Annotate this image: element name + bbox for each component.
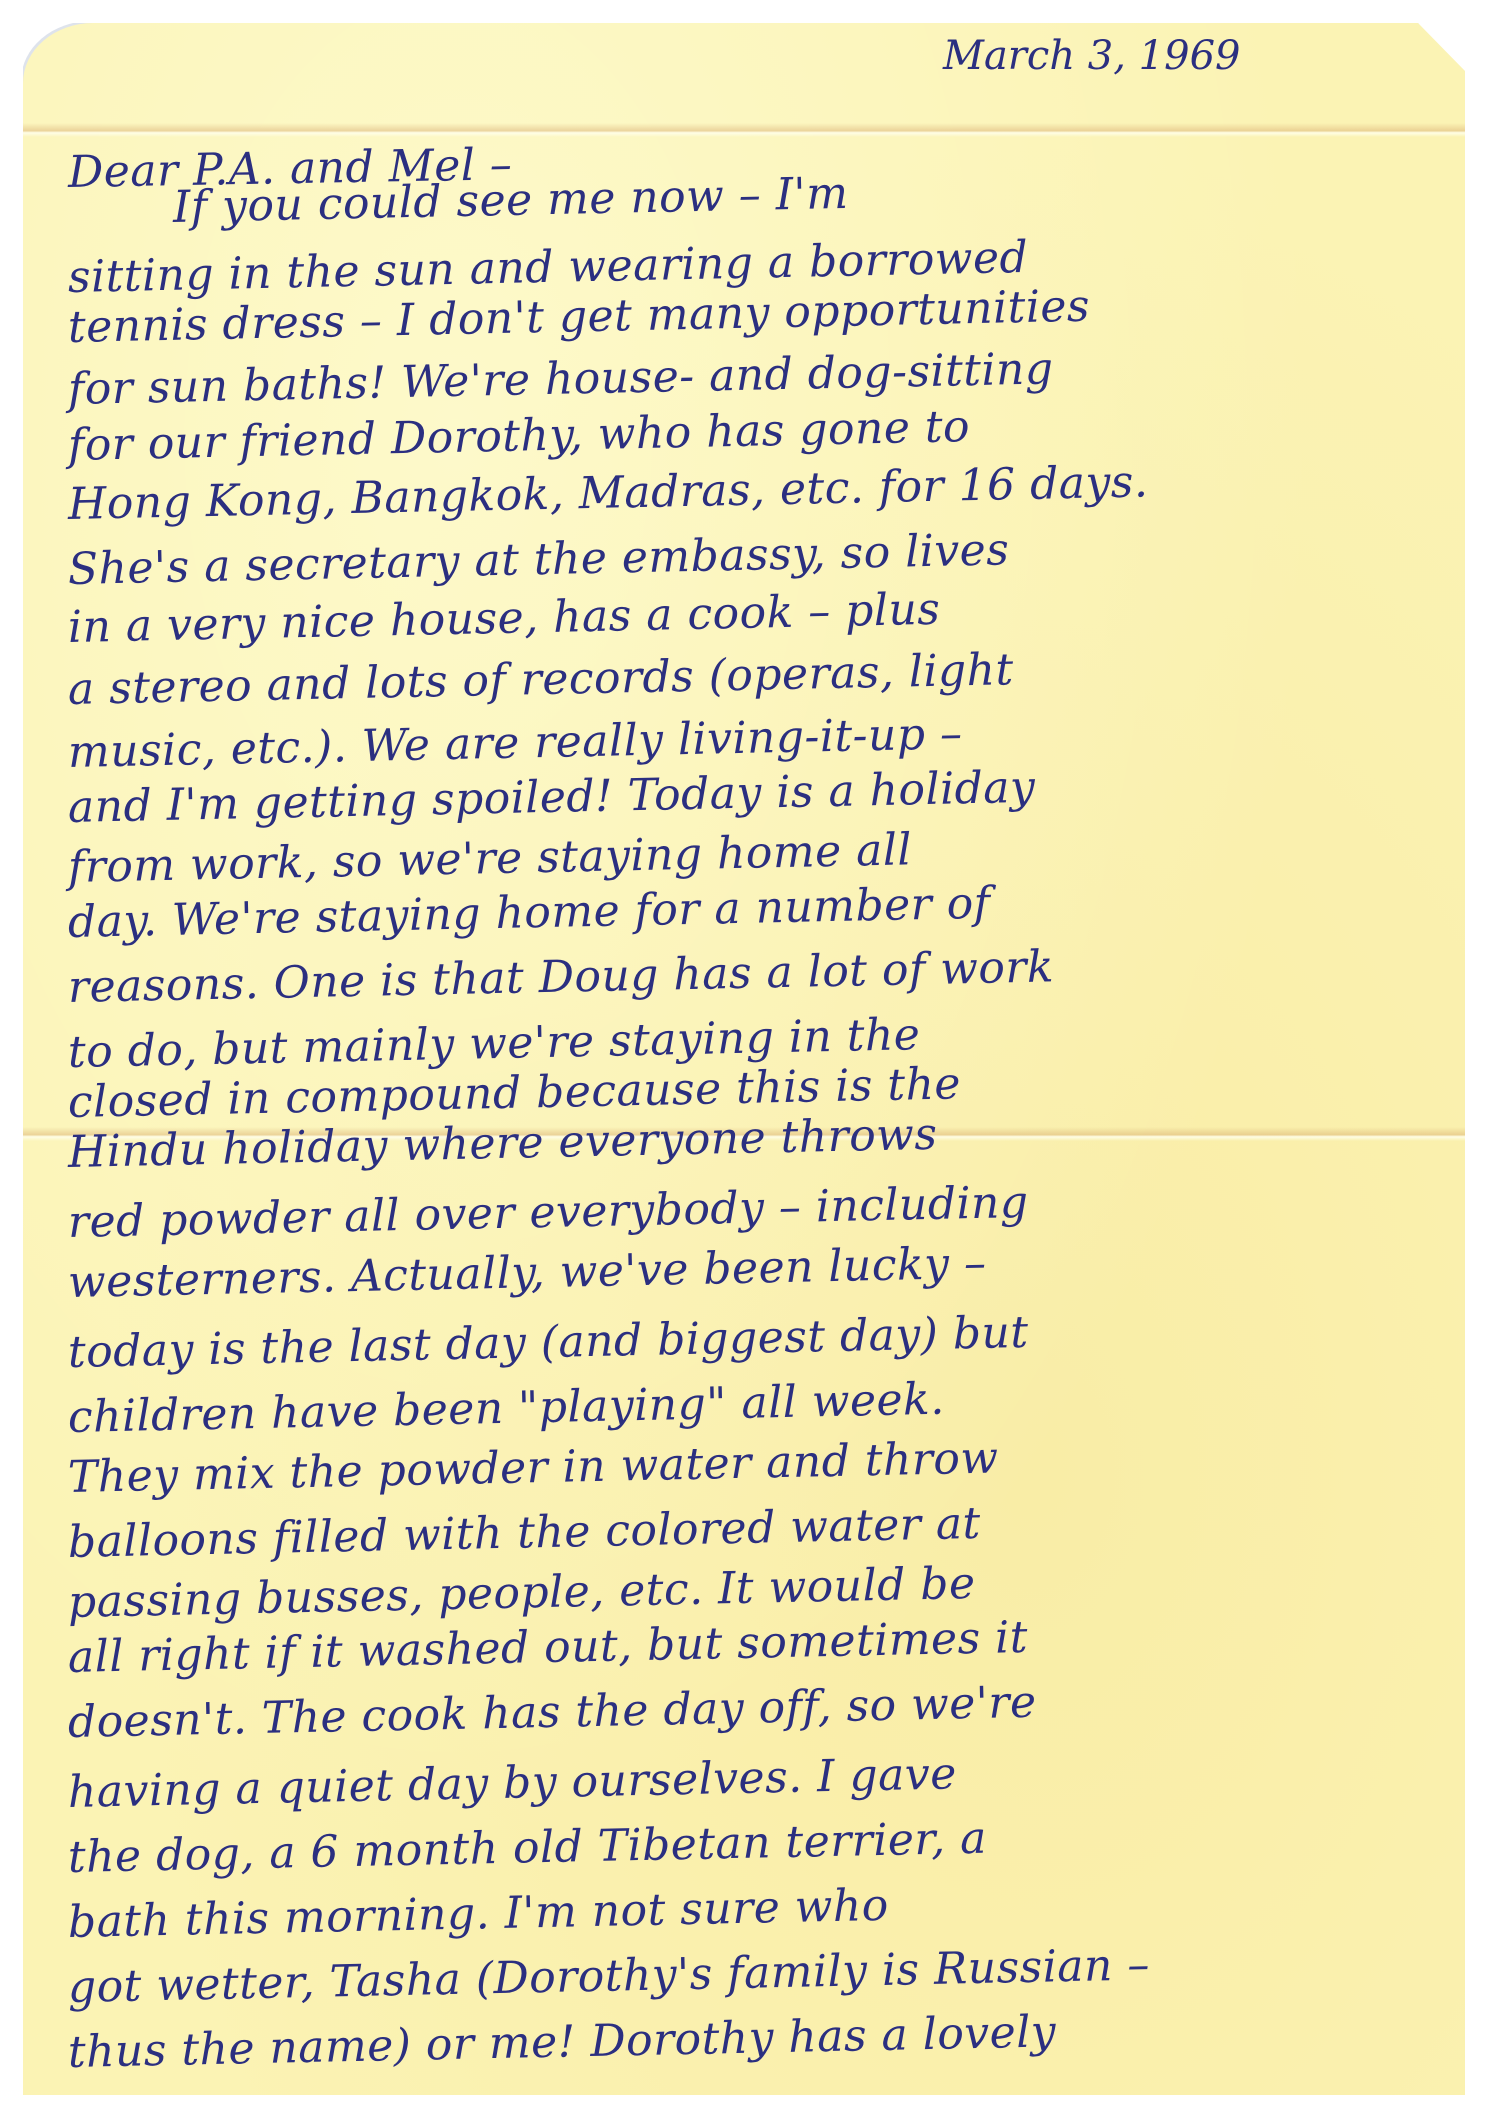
letter-date: March 3, 1969 bbox=[943, 33, 1240, 79]
letter-page: March 3, 1969 Dear P.A. and Mel – If you… bbox=[23, 23, 1465, 2095]
